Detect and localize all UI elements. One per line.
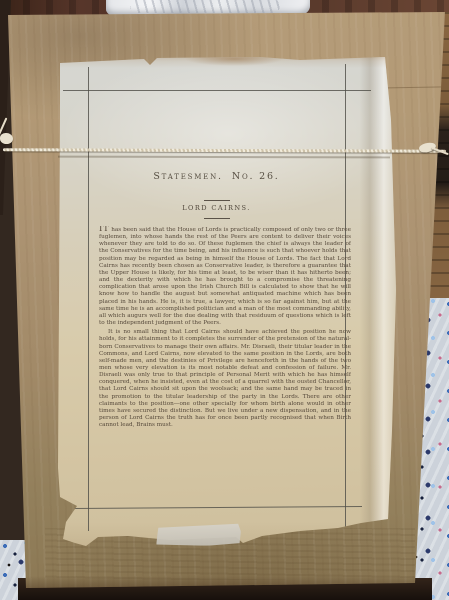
series-title: Statesmen. <box>153 171 222 182</box>
divider-rule-upper <box>88 200 345 201</box>
ruled-border-bottom <box>74 506 362 509</box>
issue-number: No. 26. <box>232 171 280 182</box>
article-body: IT has been said that the House of Lords… <box>99 226 351 434</box>
article-title: LORD CAIRNS. <box>88 204 345 212</box>
paragraph-one-text: has been said that the House of Lords is… <box>99 227 351 326</box>
photo-scene: Statesmen.No. 26. LORD CAIRNS. IT has be… <box>0 0 449 600</box>
mounted-page: Statesmen.No. 26. LORD CAIRNS. IT has be… <box>56 54 401 552</box>
ruled-border-top <box>63 90 371 91</box>
page-header: Statesmen.No. 26. <box>88 171 345 182</box>
board-seam-line <box>378 86 446 88</box>
paragraph-one: IT has been said that the House of Lords… <box>99 226 351 327</box>
ruled-border-left <box>88 67 89 531</box>
paragraph-lead-in: IT <box>99 226 109 234</box>
paragraph-two: It is no small thing that Lord Cairns sh… <box>99 329 351 429</box>
series-title-line: Statesmen.No. 26. <box>88 171 345 182</box>
string-knot-left <box>0 133 13 144</box>
divider-rule-lower <box>88 218 345 219</box>
